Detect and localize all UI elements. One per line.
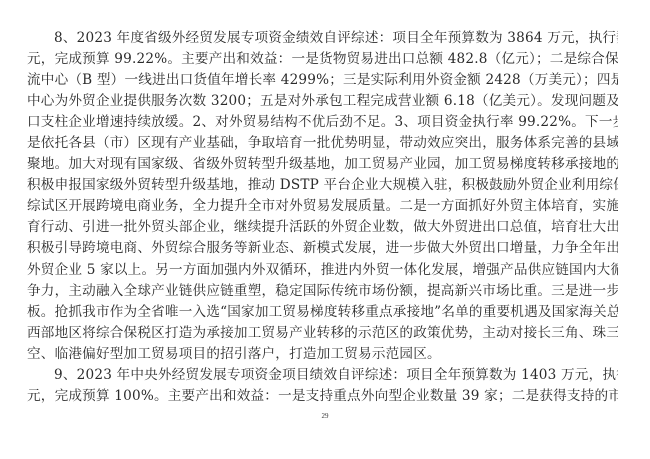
text-line: 板。抢抓我市作为全省唯一入选“国家加工贸易梯度转移重点承接地”名单的重要机遇及国… bbox=[27, 302, 618, 323]
text-line: 外贸企业 5 家以上。另一方面加强内外双循环，推进内外贸一体化发展，增强产品供应… bbox=[27, 260, 618, 281]
page-number: 29 bbox=[0, 412, 650, 420]
text-line: 争力，主动融入全球产业链供应链重塑，稳定国际传统市场份额，提高新兴市场比重。三是… bbox=[27, 281, 618, 302]
document-page: 8、2023 年度省级外经贸发展专项资金绩效自评综述：项目全年预算数为 3864… bbox=[0, 0, 650, 459]
paragraph-item-8: 8、2023 年度省级外经贸发展专项资金绩效自评综述：项目全年预算数为 3864… bbox=[27, 28, 618, 365]
text-line: 流中心（B 型）一线进出口货值年增长率 4299%；三是实际利用外资金额 242… bbox=[27, 70, 618, 91]
text-line: 是依托各县（市）区现有产业基础，争取培育一批优势明显，带动效应突出，服务体系完善… bbox=[27, 133, 618, 154]
text-line: 积极引导跨境电商、外贸综合服务等新业态、新模式发展，进一步做大外贸出口增量，力争… bbox=[27, 238, 618, 259]
text-line: 元，完成预算 100%。主要产出和效益：一是支持重点外向型企业数量 39 家；二… bbox=[27, 386, 618, 407]
text-line: 9、2023 年中央外经贸发展专项资金项目绩效自评综述：项目全年预算数为 140… bbox=[27, 365, 618, 386]
text-line: 聚地。加大对现有国家级、省级外贸转型升级基地，加工贸易产业园，加工贸易梯度转移承… bbox=[27, 154, 618, 175]
text-line: 积极申报国家级外贸转型升级基地，推动 DSTP 平台企业大规模入驻，积极鼓励外贸… bbox=[27, 175, 618, 196]
text-line: 元，完成预算 99.22%。主要产出和效益：一是货物贸易进出口总额 482.8（… bbox=[27, 49, 618, 70]
text-line: 中心为外贸企业提供服务次数 3200；五是对外承包工程完成营业额 6.18（亿美… bbox=[27, 91, 618, 112]
text-line: 育行动、引进一批外贸头部企业，继续提升活跃的外贸企业数，做大外贸进出口总值，培育… bbox=[27, 217, 618, 238]
document-body: 8、2023 年度省级外经贸发展专项资金绩效自评综述：项目全年预算数为 3864… bbox=[27, 28, 618, 407]
text-line: 8、2023 年度省级外经贸发展专项资金绩效自评综述：项目全年预算数为 3864… bbox=[27, 28, 618, 49]
text-line: 综试区开展跨境电商业务，全力提升全市对外贸易发展质量。二是一方面抓好外贸主体培育… bbox=[27, 196, 618, 217]
text-line: 西部地区将综合保税区打造为承接加工贸易产业转移的示范区的政策优势，主动对接长三角… bbox=[27, 323, 618, 344]
paragraph-item-9: 9、2023 年中央外经贸发展专项资金项目绩效自评综述：项目全年预算数为 140… bbox=[27, 365, 618, 407]
text-line: 空、临港偏好型加工贸易项目的招引落户，打造加工贸易示范园区。 bbox=[27, 344, 618, 365]
text-line: 口支柱企业增速持续放缓。2、对外贸易结构不优后劲不足。3、项目资金执行率 99.… bbox=[27, 112, 618, 133]
